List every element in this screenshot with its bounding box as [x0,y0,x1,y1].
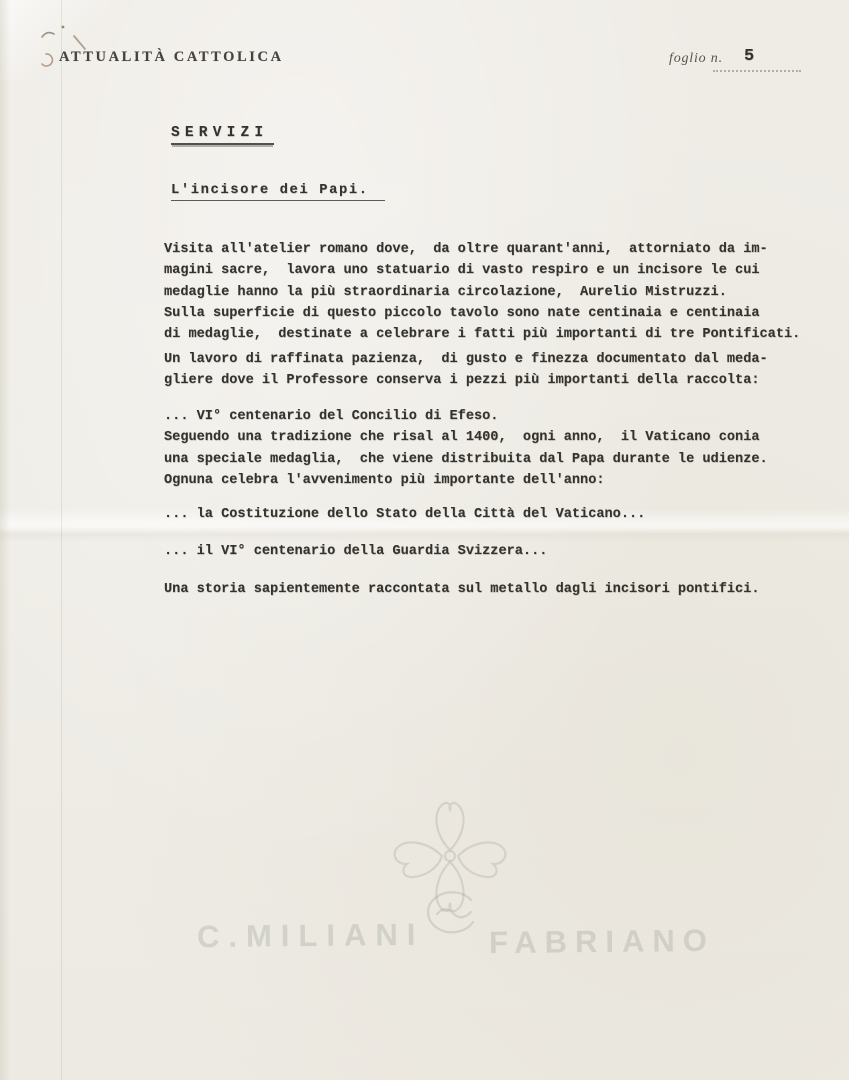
text-line: di medaglie, destinate a celebrare i fat… [164,324,800,345]
text-line: Seguendo una tradizione che risal al 140… [164,427,768,448]
watermark-flower-icon [372,792,528,922]
text-line: gliere dove il Professore conserva i pez… [164,370,768,391]
text-line: Una storia sapientemente raccontata sul … [164,579,760,600]
scan-corner-highlight [0,0,110,80]
paragraph: ... il VI° centenario della Guardia Sviz… [164,541,547,562]
watermark-maker-text: C.MILIANI [197,917,425,955]
sheet-number-dotted-line [713,54,801,72]
paragraph: Una storia sapientemente raccontata sul … [164,579,760,600]
publication-title: ATTUALITÀ CATTOLICA [59,49,284,66]
left-edge-shading [0,0,10,1080]
vertical-crease-line [61,0,62,1080]
watermark-emblem-icon [423,888,485,940]
paragraph: ... VI° centenario del Concilio di Efeso… [164,406,768,491]
text-line: una speciale medaglia, che viene distrib… [164,449,768,470]
paragraph: ... la Costituzione dello Stato della Ci… [164,504,645,525]
scanned-document-page: ATTUALITÀ CATTOLICA foglio n. 5 SERVIZI … [0,0,849,1080]
text-line: medaglie hanno la più straordinaria circ… [164,282,800,303]
section-title: SERVIZI [171,125,274,145]
text-line: ... il VI° centenario della Guardia Sviz… [164,541,547,562]
text-line: Sulla superficie di questo piccolo tavol… [164,303,800,324]
paragraph: Visita all'atelier romano dove, da oltre… [164,239,800,345]
article-title: L'incisore dei Papi. [171,183,385,201]
text-line: Ognuna celebra l'avvenimento più importa… [164,470,768,491]
text-line: ... la Costituzione dello Stato della Ci… [164,504,645,525]
text-line: magini sacre, lavora uno statuario di va… [164,260,800,281]
sheet-number-value: 5 [744,47,754,66]
watermark-place-text: FABRIANO [489,923,715,961]
paragraph: Un lavoro di raffinata pazienza, di gust… [164,349,768,392]
text-line: ... VI° centenario del Concilio di Efeso… [164,406,768,427]
text-line: Visita all'atelier romano dove, da oltre… [164,239,800,260]
text-line: Un lavoro di raffinata pazienza, di gust… [164,349,768,370]
